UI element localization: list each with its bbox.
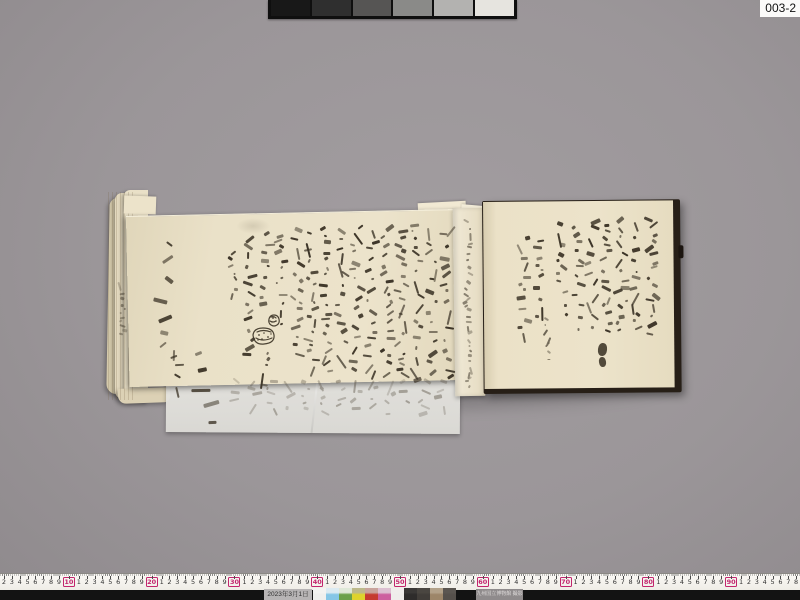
- ruler-tick: 4: [16, 574, 24, 590]
- ruler-tick: 6: [776, 574, 784, 590]
- ink-stroke: [121, 304, 124, 307]
- ruler-tick: 6: [611, 574, 619, 590]
- ink-stroke: [231, 390, 240, 394]
- ruler-number: 20: [146, 577, 158, 587]
- ruler-number: 3: [93, 578, 97, 586]
- ruler-number: 4: [266, 578, 270, 586]
- ruler-tick: 90: [725, 574, 737, 590]
- ruler-tick: 7: [619, 574, 627, 590]
- ruler-tick: 5: [603, 574, 611, 590]
- ink-stroke: [466, 320, 472, 322]
- frame-number-label: 003-2: [760, 0, 800, 17]
- ruler-number: 9: [471, 578, 475, 586]
- color-patch: [339, 588, 352, 600]
- ruler-number: 8: [297, 578, 301, 586]
- ruler-tick: 5: [272, 574, 280, 590]
- ink-stroke: [564, 304, 567, 307]
- ink-stroke: [465, 380, 469, 382]
- ruler-number: 9: [636, 578, 640, 586]
- ruler-number: 1: [408, 578, 412, 586]
- grayscale-patch: [271, 0, 310, 16]
- ink-sketch-drawing: [249, 311, 283, 349]
- ruler-number: 2: [250, 578, 254, 586]
- ruler-number: 4: [597, 578, 601, 586]
- ruler-tick: 3: [505, 574, 513, 590]
- ruler-number: 9: [554, 578, 558, 586]
- ink-stroke: [312, 358, 320, 361]
- grayscale-patch: [393, 0, 432, 16]
- ruler-number: 6: [199, 578, 203, 586]
- ruler-number: 40: [311, 577, 323, 587]
- ink-stroke: [370, 398, 373, 400]
- ruler-number: 2: [2, 578, 6, 586]
- ruler-number: 30: [228, 577, 240, 587]
- ruler-tick: 2: [497, 574, 505, 590]
- ruler-number: 2: [581, 578, 585, 586]
- ink-stroke: [320, 293, 327, 297]
- ruler-number: 5: [191, 578, 195, 586]
- ruler-tick: 3: [173, 574, 181, 590]
- ruler-number: 7: [372, 578, 376, 586]
- ink-stroke: [247, 252, 249, 259]
- ink-stroke: [426, 311, 432, 315]
- ruler-tick: 7: [122, 574, 130, 590]
- ruler-number: 8: [546, 578, 550, 586]
- ink-stroke: [469, 233, 471, 241]
- ruler-number: 7: [124, 578, 128, 586]
- ruler-tick: 1: [158, 574, 166, 590]
- museum-credit-label: 九州国立博物館 撮影: [476, 589, 523, 600]
- ruler-tick: 2: [662, 574, 670, 590]
- ink-stroke: [261, 259, 269, 263]
- ink-stroke: [396, 367, 403, 371]
- ruler-tick: 7: [784, 574, 792, 590]
- ink-stroke: [321, 317, 330, 320]
- grayscale-patch: [353, 0, 392, 16]
- ruler-number: 8: [49, 578, 53, 586]
- ink-stroke: [535, 315, 540, 318]
- ruler-number: 50: [394, 577, 406, 587]
- ruler-number: 10: [63, 577, 75, 587]
- color-patch: [443, 588, 456, 600]
- ruler-tick: 6: [31, 574, 39, 590]
- grayscale-patch: [312, 0, 351, 16]
- ruler-tick: 9: [138, 574, 146, 590]
- ruler-number: 9: [305, 578, 309, 586]
- color-patch: [352, 588, 365, 600]
- ruler-tick: 1: [654, 574, 662, 590]
- ink-stroke: [521, 256, 528, 259]
- ink-stroke: [265, 243, 275, 246]
- ruler-tick: 3: [8, 574, 16, 590]
- ruler-number: 3: [589, 578, 593, 586]
- ruler-tick: 3: [753, 574, 761, 590]
- ruler-tick: 5: [106, 574, 114, 590]
- sheet-corner: [124, 195, 157, 214]
- ink-stroke: [387, 354, 391, 357]
- ruler-number: 3: [755, 578, 759, 586]
- ruler-number: 5: [522, 578, 526, 586]
- ruler-number: 4: [349, 578, 353, 586]
- ruler-number: 5: [688, 578, 692, 586]
- ruler-tick: 9: [634, 574, 642, 590]
- ruler-number: 6: [613, 578, 617, 586]
- ruler-tick: 4: [512, 574, 520, 590]
- ruler-tick: 8: [792, 574, 800, 590]
- ink-stroke: [372, 331, 377, 334]
- ruler-number: 3: [341, 578, 345, 586]
- ruler-number: 9: [719, 578, 723, 586]
- ink-stroke: [352, 407, 361, 410]
- ruler-number: 4: [183, 578, 187, 586]
- ruler-number: 6: [364, 578, 368, 586]
- ruler-number: 3: [672, 578, 676, 586]
- ink-stroke: [323, 252, 330, 256]
- ruler-number: 9: [57, 578, 61, 586]
- color-patch: [430, 588, 443, 600]
- digitized-manuscript-photo: 003-2 234567: [0, 0, 800, 600]
- ink-stroke: [293, 343, 298, 347]
- ruler-number: 5: [357, 578, 361, 586]
- ruler-tick: 4: [595, 574, 603, 590]
- ruler-tick: 5: [520, 574, 528, 590]
- ruler-tick: 7: [536, 574, 544, 590]
- ruler-number: 7: [703, 578, 707, 586]
- ruler-number: 9: [222, 578, 226, 586]
- ruler-number: 7: [786, 578, 790, 586]
- shoot-date-label: 2023年3月1日: [264, 589, 312, 600]
- ruler-number: 5: [605, 578, 609, 586]
- ruler-number: 1: [491, 578, 495, 586]
- ruler-tick: 3: [587, 574, 595, 590]
- ruler-number: 3: [258, 578, 262, 586]
- ruler-tick: 8: [296, 574, 304, 590]
- ink-stroke: [533, 286, 541, 290]
- ink-stroke: [297, 307, 303, 310]
- ruler-number: 90: [725, 577, 737, 587]
- ruler-tick: 7: [39, 574, 47, 590]
- grayscale-calibration-bar: [268, 0, 517, 19]
- ink-stroke: [280, 310, 282, 318]
- ruler-number: 8: [380, 578, 384, 586]
- ruler-tick: 8: [544, 574, 552, 590]
- ruler-tick: 6: [197, 574, 205, 590]
- ruler-tick: 2: [0, 574, 8, 590]
- ink-stroke: [358, 389, 364, 392]
- ink-stroke: [122, 328, 127, 332]
- ruler-number: 4: [680, 578, 684, 586]
- ruler-number: 4: [763, 578, 767, 586]
- color-calibration-strip: [313, 588, 456, 600]
- ruler-tick: 3: [670, 574, 678, 590]
- ruler-number: 9: [388, 578, 392, 586]
- ruler-number: 2: [333, 578, 337, 586]
- color-patch: [365, 588, 378, 600]
- ink-stroke: [547, 359, 550, 361]
- ruler-tick: 6: [528, 574, 536, 590]
- ink-stroke: [285, 406, 288, 410]
- color-patch: [313, 588, 326, 600]
- ruler-number: 60: [477, 577, 489, 587]
- ruler-number: 2: [664, 578, 668, 586]
- ruler-number: 7: [455, 578, 459, 586]
- ruler-tick: 2: [579, 574, 587, 590]
- ink-stroke: [263, 276, 267, 279]
- ink-stroke: [325, 303, 328, 306]
- ink-stroke: [160, 330, 168, 335]
- ink-stroke: [417, 259, 424, 262]
- ruler-tick: 9: [55, 574, 63, 590]
- ruler-tick: 8: [130, 574, 138, 590]
- ink-stroke: [468, 354, 472, 357]
- ink-stroke: [601, 280, 609, 283]
- ruler-tick: 20: [146, 574, 158, 590]
- ruler-tick: 8: [709, 574, 717, 590]
- ink-stroke: [279, 294, 288, 296]
- ruler-tick: 70: [560, 574, 572, 590]
- color-patch: [404, 588, 417, 600]
- ink-stroke: [560, 243, 566, 248]
- ink-stroke: [366, 246, 373, 249]
- ruler-number: 6: [33, 578, 37, 586]
- ruler-number: 1: [160, 578, 164, 586]
- ink-stroke: [540, 268, 543, 270]
- ruler-number: 2: [416, 578, 420, 586]
- ruler-number: 80: [642, 577, 654, 587]
- ruler-tick: 9: [469, 574, 477, 590]
- ruler-number: 5: [439, 578, 443, 586]
- ink-stroke: [575, 249, 579, 252]
- ruler-number: 1: [656, 578, 660, 586]
- ink-stroke: [576, 240, 582, 243]
- ink-stroke: [266, 401, 272, 404]
- ruler-tick: 1: [737, 574, 745, 590]
- ruler-tick: 4: [761, 574, 769, 590]
- ruler-number: 1: [325, 578, 329, 586]
- ruler-tick: 6: [280, 574, 288, 590]
- ink-stroke: [234, 287, 238, 290]
- ink-stroke: [120, 296, 125, 300]
- ink-stroke: [325, 313, 332, 316]
- ruler-number: 1: [573, 578, 577, 586]
- book-cover: [482, 199, 682, 394]
- ruler-tick: 5: [769, 574, 777, 590]
- ruler-tick: 30: [228, 574, 240, 590]
- ruler-tick: 8: [47, 574, 55, 590]
- ruler-tick: 3: [91, 574, 99, 590]
- ruler-number: 4: [100, 578, 104, 586]
- right-manuscript-page: [483, 200, 675, 389]
- binding-tie: [678, 245, 683, 258]
- ruler-tick: 2: [166, 574, 174, 590]
- ruler-number: 5: [770, 578, 774, 586]
- ruler-number: 8: [215, 578, 219, 586]
- ruler-tick: 80: [642, 574, 654, 590]
- ruler-number: 6: [778, 578, 782, 586]
- ink-stroke: [535, 264, 539, 267]
- ruler-tick: 3: [256, 574, 264, 590]
- ruler-tick: 7: [288, 574, 296, 590]
- ruler-tick: 8: [213, 574, 221, 590]
- ink-stroke: [387, 336, 396, 340]
- ruler-number: 7: [41, 578, 45, 586]
- ruler-number: 7: [621, 578, 625, 586]
- color-patch: [378, 588, 391, 600]
- ruler-number: 5: [274, 578, 278, 586]
- ruler-number: 6: [530, 578, 534, 586]
- ruler-number: 6: [282, 578, 286, 586]
- ruler-number: 2: [747, 578, 751, 586]
- ruler-tick: 8: [627, 574, 635, 590]
- ink-stroke: [335, 303, 341, 306]
- ink-stroke: [191, 388, 210, 392]
- ruler-number: 6: [116, 578, 120, 586]
- ink-stroke: [307, 314, 312, 318]
- ruler-tick: 5: [24, 574, 32, 590]
- ruler-number: 8: [132, 578, 136, 586]
- ink-stroke: [618, 314, 625, 318]
- ruler-number: 3: [10, 578, 14, 586]
- ruler-number: 2: [499, 578, 503, 586]
- ruler-tick: 7: [702, 574, 710, 590]
- ruler-number: 1: [77, 578, 81, 586]
- ink-stroke: [469, 227, 472, 229]
- ink-stroke: [401, 274, 406, 278]
- ruler-number: 6: [696, 578, 700, 586]
- ruler-number: 5: [25, 578, 29, 586]
- ruler-number: 1: [242, 578, 246, 586]
- ink-stroke: [385, 413, 390, 415]
- ruler-tick: 2: [248, 574, 256, 590]
- ink-stroke: [399, 390, 408, 394]
- ink-stroke: [523, 276, 531, 279]
- ink-stroke: [429, 331, 438, 333]
- color-patch: [391, 588, 404, 600]
- ink-stroke: [414, 246, 418, 249]
- ruler-number: 9: [140, 578, 144, 586]
- ruler-number: 3: [424, 578, 428, 586]
- ink-stroke: [175, 363, 184, 365]
- ink-stroke: [371, 277, 374, 280]
- ink-stroke: [324, 239, 331, 243]
- color-patch: [326, 588, 339, 600]
- ruler-tick: 2: [745, 574, 753, 590]
- ruler-tick: 4: [99, 574, 107, 590]
- ink-stroke: [606, 249, 613, 252]
- ruler-number: 7: [538, 578, 542, 586]
- ink-stroke: [429, 277, 435, 280]
- ruler-number: 8: [794, 578, 798, 586]
- ruler-tick: 6: [694, 574, 702, 590]
- ruler-number: 4: [18, 578, 22, 586]
- color-patch: [417, 588, 430, 600]
- ink-stroke: [635, 271, 638, 273]
- ruler-tick: 4: [264, 574, 272, 590]
- ruler-tick: 5: [686, 574, 694, 590]
- ruler-number: 4: [514, 578, 518, 586]
- ruler-number: 5: [108, 578, 112, 586]
- ruler-tick: 5: [189, 574, 197, 590]
- ruler-tick: 2: [83, 574, 91, 590]
- ruler-tick: 4: [678, 574, 686, 590]
- ruler-tick: 60: [477, 574, 489, 590]
- ruler-tick: 1: [75, 574, 83, 590]
- ink-stroke: [541, 307, 543, 321]
- ruler-number: 4: [431, 578, 435, 586]
- ruler-number: 70: [560, 577, 572, 587]
- ink-stroke: [572, 294, 578, 296]
- ruler-tick: 1: [572, 574, 580, 590]
- ruler-number: 3: [506, 578, 510, 586]
- ruler-tick: 1: [489, 574, 497, 590]
- ruler-tick: 6: [114, 574, 122, 590]
- ruler-number: 8: [628, 578, 632, 586]
- ruler-number: 1: [739, 578, 743, 586]
- ruler-number: 7: [290, 578, 294, 586]
- ruler-tick: 8: [461, 574, 469, 590]
- ruler-number: 8: [463, 578, 467, 586]
- ruler-number: 3: [175, 578, 179, 586]
- ink-stroke: [270, 380, 278, 383]
- ruler-number: 2: [167, 578, 171, 586]
- ruler-tick: 9: [221, 574, 229, 590]
- ruler-tick: 9: [552, 574, 560, 590]
- ruler-number: 2: [85, 578, 89, 586]
- ruler-tick: 10: [63, 574, 75, 590]
- grayscale-patch: [475, 0, 514, 16]
- ruler-tick: 7: [205, 574, 213, 590]
- ruler-tick: 1: [240, 574, 248, 590]
- ruler-number: 6: [447, 578, 451, 586]
- ruler-number: 7: [207, 578, 211, 586]
- ruler-tick: 9: [303, 574, 311, 590]
- grayscale-patch: [434, 0, 473, 16]
- ruler-tick: 4: [181, 574, 189, 590]
- ruler-number: 8: [711, 578, 715, 586]
- ruler-tick: 9: [717, 574, 725, 590]
